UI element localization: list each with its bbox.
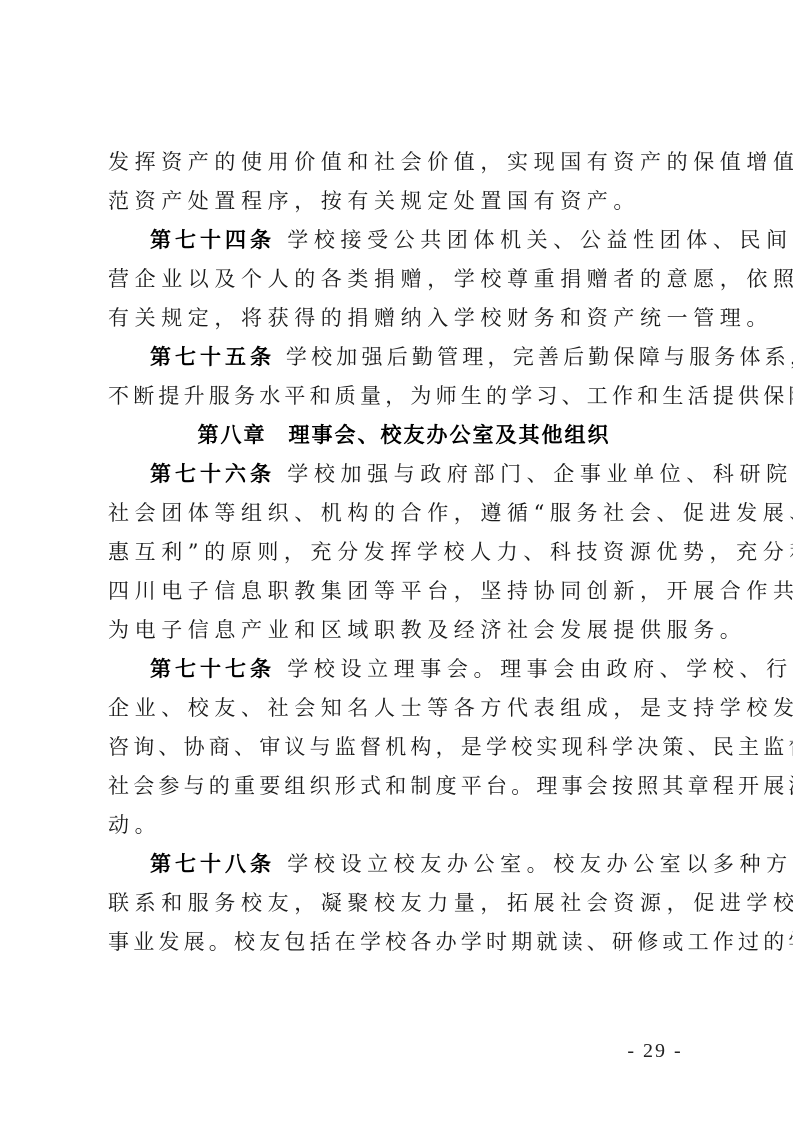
text-line: 四川电子信息职教集团等平台，坚持协同创新，开展合作共建， [108, 572, 700, 611]
article-text: 学校接受公共团体机关、公益性团体、民间私 [287, 228, 793, 252]
document-page: 发挥资产的使用价值和社会价值，实现国有资产的保值增值；规 范资产处置程序，按有关… [108, 143, 700, 962]
chapter-title: 理事会、校友办公室及其他组织 [289, 423, 611, 447]
text-line: 企业、校友、社会知名人士等各方代表组成，是支持学校发展的 [108, 689, 700, 728]
article-number: 第七十六条 [150, 462, 275, 486]
text-line: 社会团体等组织、机构的合作，遵循“服务社会、促进发展、互 [108, 494, 700, 533]
article-number: 第七十五条 [150, 345, 275, 369]
text-line: 咨询、协商、审议与监督机构，是学校实现科学决策、民主监督、 [108, 728, 700, 767]
text-line: 有关规定，将获得的捐赠纳入学校财务和资产统一管理。 [108, 299, 700, 338]
chapter-label: 第八章 [198, 423, 267, 447]
text-line: 动。 [108, 806, 700, 845]
text-line: 社会参与的重要组织形式和制度平台。理事会按照其章程开展活 [108, 767, 700, 806]
article-text: 学校设立校友办公室。校友办公室以多种方式 [287, 852, 793, 876]
text-line: 不断提升服务水平和质量，为师生的学习、工作和生活提供保障。 [108, 377, 700, 416]
article-78-first-line: 第七十八条 学校设立校友办公室。校友办公室以多种方式 [108, 845, 700, 884]
page-number: - 29 - [600, 1040, 710, 1063]
text-line: 惠互利”的原则，充分发挥学校人力、科技资源优势，充分利用 [108, 533, 700, 572]
text-line: 发挥资产的使用价值和社会价值，实现国有资产的保值增值；规 [108, 143, 700, 182]
chapter-heading: 第八章理事会、校友办公室及其他组织 [108, 416, 700, 455]
article-number: 第七十七条 [150, 657, 275, 681]
text-line: 范资产处置程序，按有关规定处置国有资产。 [108, 182, 700, 221]
article-text: 学校设立理事会。理事会由政府、学校、行业、 [287, 657, 793, 681]
text-line: 联系和服务校友，凝聚校友力量，拓展社会资源，促进学校教育 [108, 884, 700, 923]
text-line: 为电子信息产业和区域职教及经济社会发展提供服务。 [108, 611, 700, 650]
article-number: 第七十四条 [150, 228, 275, 252]
text-line: 营企业以及个人的各类捐赠，学校尊重捐赠者的意愿，依照国家 [108, 260, 700, 299]
text-line: 事业发展。校友包括在学校各办学时期就读、研修或工作过的学 [108, 923, 700, 962]
article-number: 第七十八条 [150, 852, 275, 876]
article-77-first-line: 第七十七条 学校设立理事会。理事会由政府、学校、行业、 [108, 650, 700, 689]
article-text: 学校加强与政府部门、企事业单位、科研院所、 [287, 462, 793, 486]
article-76-first-line: 第七十六条 学校加强与政府部门、企事业单位、科研院所、 [108, 455, 700, 494]
article-text: 学校加强后勤管理，完善后勤保障与服务体系， [286, 345, 793, 369]
article-74-first-line: 第七十四条 学校接受公共团体机关、公益性团体、民间私 [108, 221, 700, 260]
article-75-first-line: 第七十五条 学校加强后勤管理，完善后勤保障与服务体系， [108, 338, 700, 377]
